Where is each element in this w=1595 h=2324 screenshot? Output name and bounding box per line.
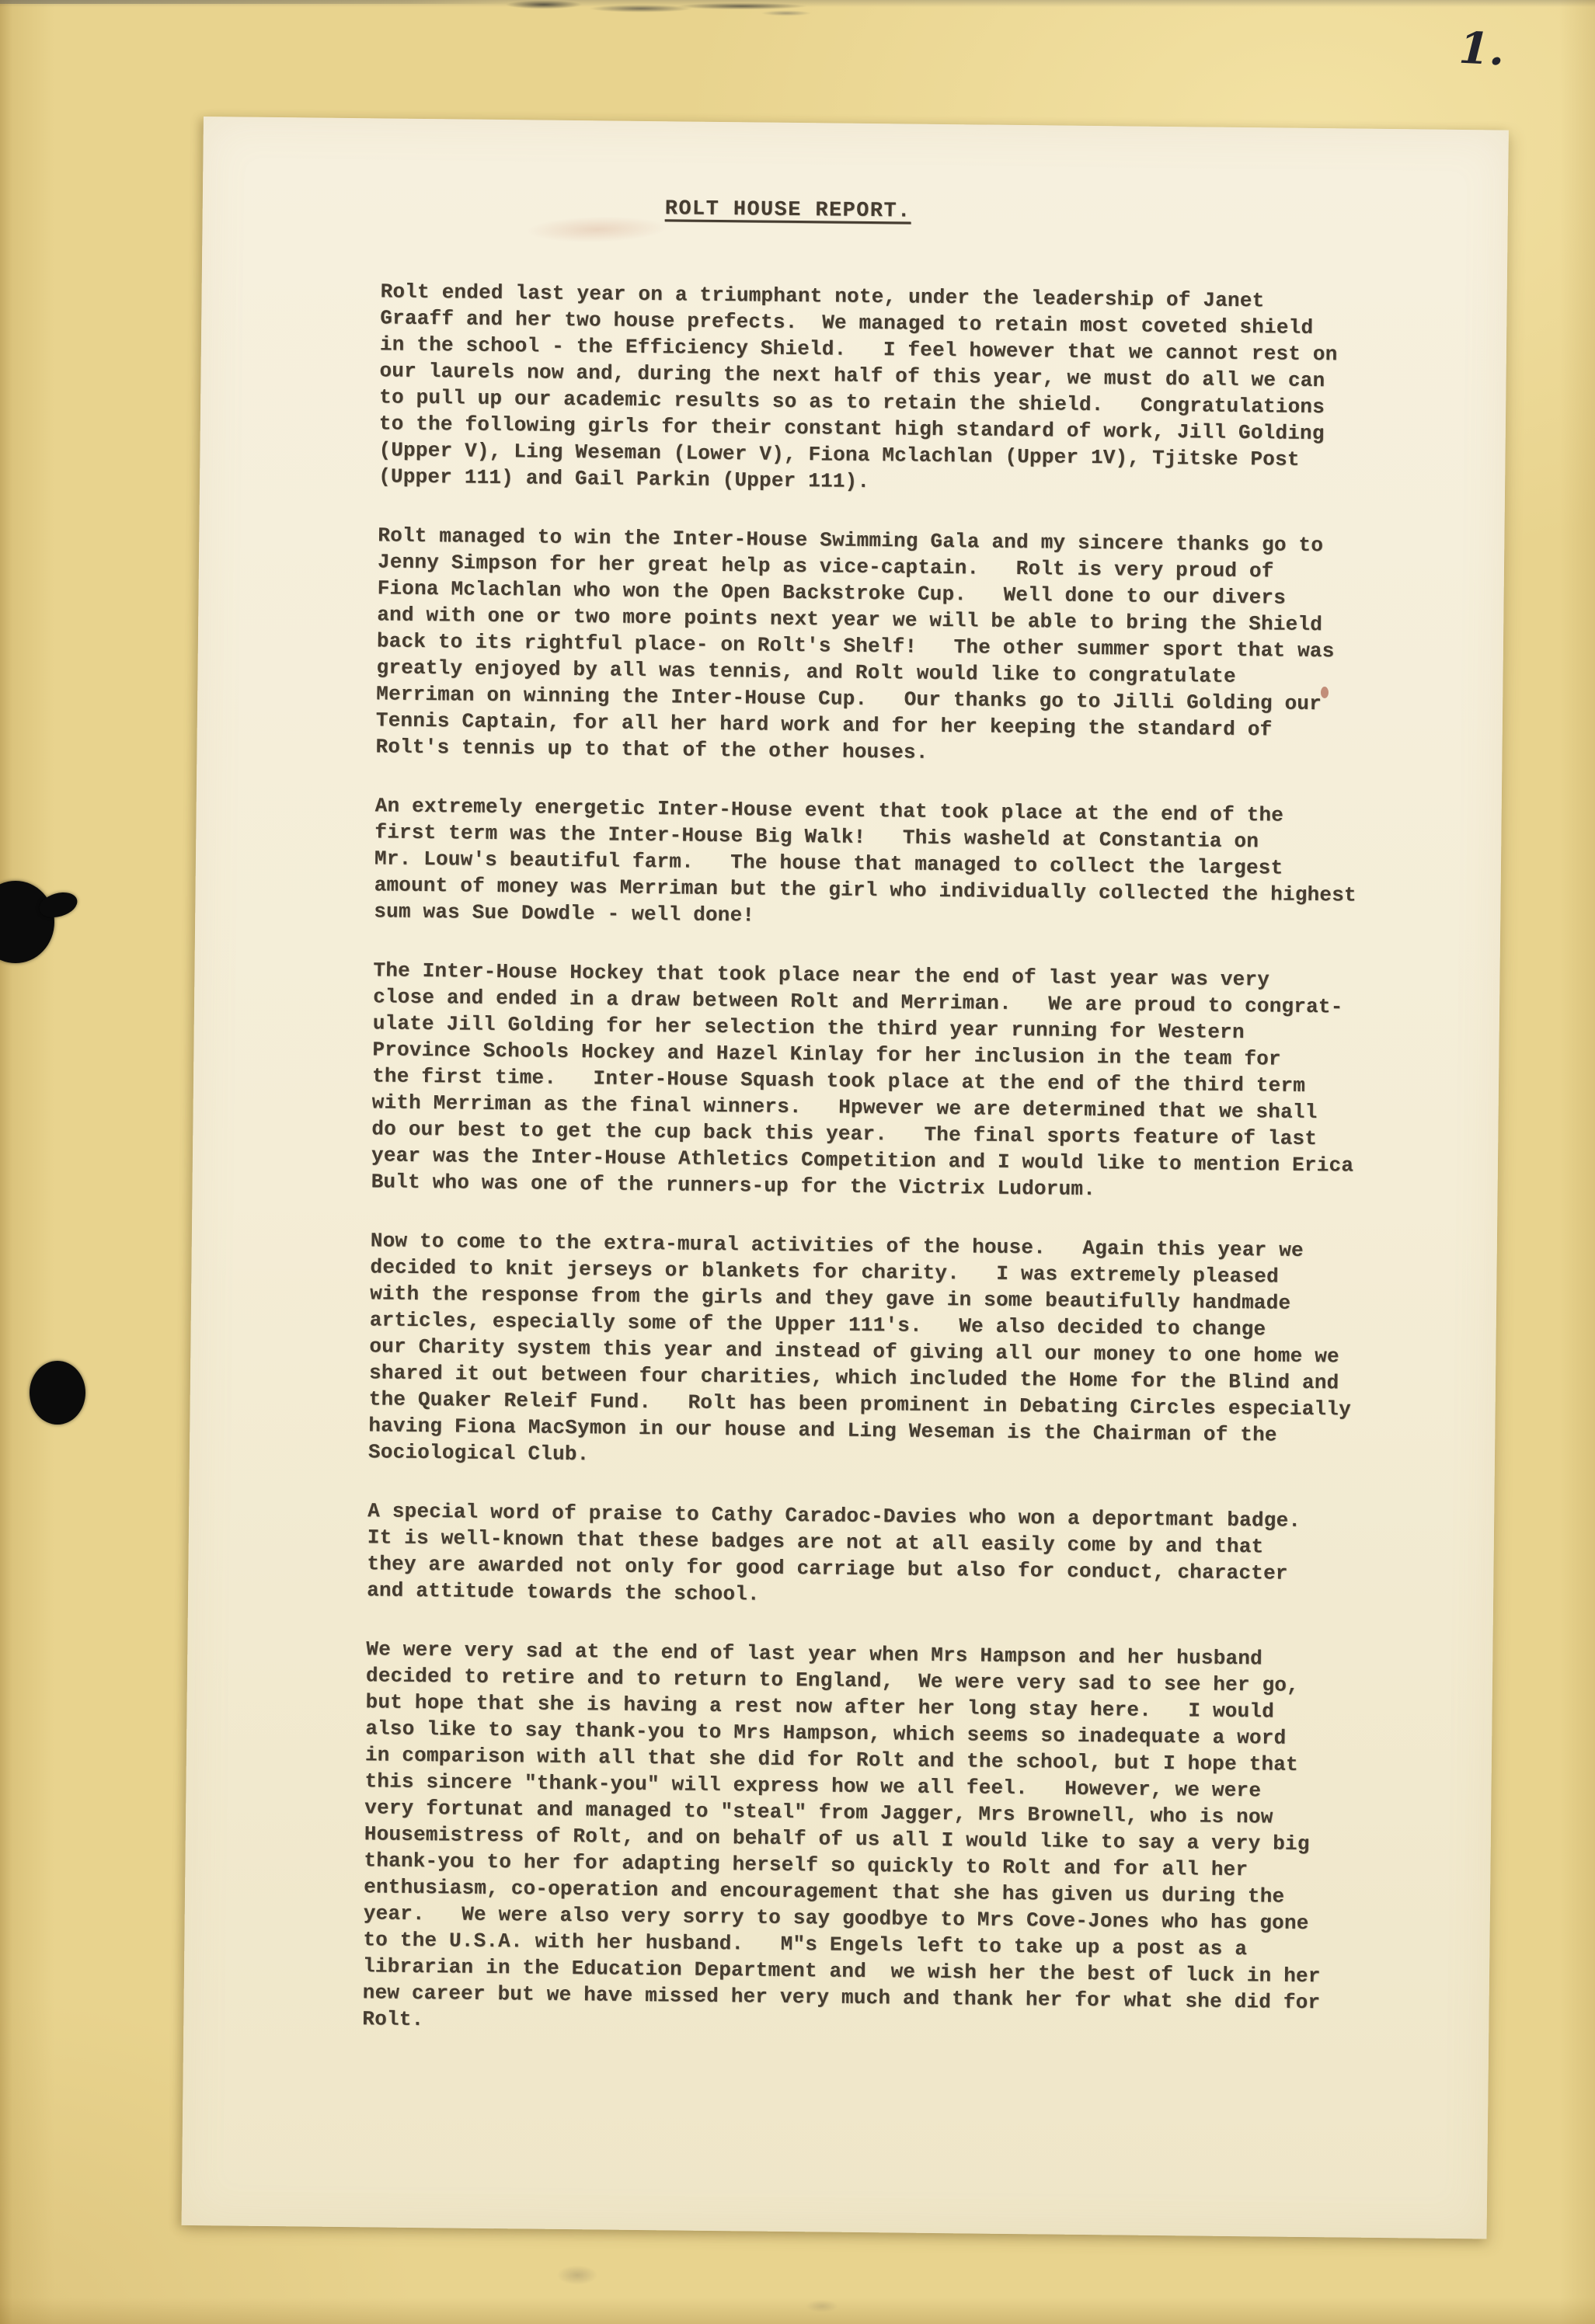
page-number: 1. bbox=[1457, 23, 1506, 76]
scan-edge-mark bbox=[0, 0, 513, 4]
report-title: ROLT HOUSE REPORT. bbox=[665, 196, 1415, 230]
hole-punch-mark bbox=[30, 1361, 85, 1425]
paper-stain bbox=[550, 2262, 604, 2288]
paper-stain bbox=[800, 2298, 844, 2315]
report-paragraph-1: Rolt ended last year on a triumphant not… bbox=[378, 278, 1414, 500]
report-paragraph-6: A special word of praise to Cathy Carado… bbox=[367, 1498, 1401, 1614]
report-paragraph-5: Now to come to the extra-mural activitie… bbox=[368, 1227, 1404, 1476]
report-page: ROLT HOUSE REPORT. Rolt ended last year … bbox=[182, 117, 1509, 2239]
hole-punch-mark bbox=[0, 881, 54, 963]
report-paragraph-4: The Inter-House Hockey that took place n… bbox=[371, 957, 1406, 1205]
report-paragraph-2: Rolt managed to win the Inter-House Swim… bbox=[375, 522, 1411, 771]
report-paragraph-3: An extremely energetic Inter-House event… bbox=[374, 792, 1409, 935]
report-content: ROLT HOUSE REPORT. Rolt ended last year … bbox=[183, 117, 1509, 2044]
scan-smudge-mark bbox=[497, 0, 824, 20]
report-paragraph-7: We were very sad at the end of last year… bbox=[362, 1636, 1399, 2043]
scanned-album-page: 1. ROLT HOUSE REPORT. Rolt ended last ye… bbox=[0, 0, 1595, 2324]
